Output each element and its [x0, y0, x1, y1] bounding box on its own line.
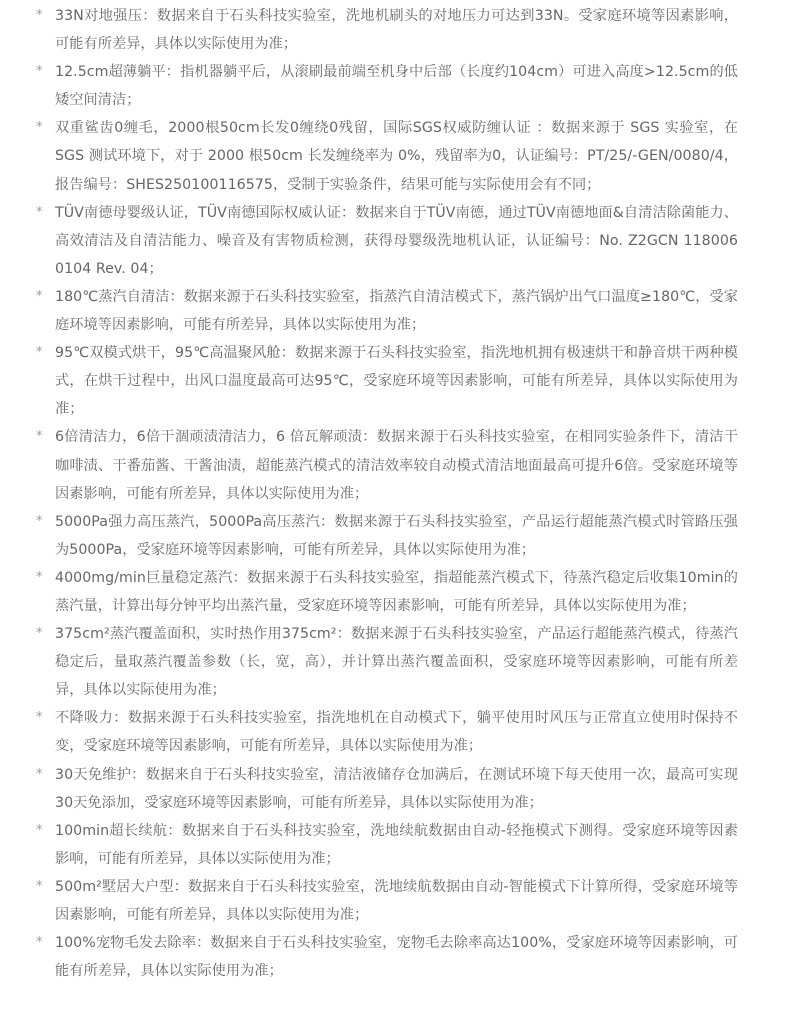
- asterisk-icon: *: [36, 704, 43, 732]
- note-item: *5000Pa强力高压蒸汽，5000Pa高压蒸汽：数据来源于石头科技实验室，产品…: [36, 508, 738, 564]
- note-item: *双重鲨齿0缠毛，2000根50cm长发0缠绕0残留，国际SGS权威防缠认证 ：…: [36, 114, 738, 198]
- note-text: 500m²墅居大户型：数据来自于石头科技实验室，洗地续航数据由自动-智能模式下计…: [55, 873, 738, 929]
- note-item: *33N对地强压：数据来自于石头科技实验室，洗地机刷头的对地压力可达到33N。受…: [36, 2, 738, 58]
- asterisk-icon: *: [36, 2, 43, 30]
- note-text: 不降吸力：数据来源于石头科技实验室，指洗地机在自动模式下，躺平使用时风压与正常直…: [55, 704, 738, 760]
- note-item: *100%宠物毛发去除率：数据来自于石头科技实验室，宠物毛去除率高达100%，受…: [36, 929, 738, 985]
- asterisk-icon: *: [36, 508, 43, 536]
- note-text: 6倍清洁力，6倍干涸顽渍清洁力，6 倍瓦解顽渍：数据来源于石头科技实验室，在相同…: [55, 423, 738, 507]
- asterisk-icon: *: [36, 817, 43, 845]
- note-text: 180℃蒸汽自清洁：数据来源于石头科技实验室，指蒸汽自清洁模式下，蒸汽锅炉出气口…: [55, 283, 738, 339]
- note-item: *100min超长续航：数据来自于石头科技实验室，洗地续航数据由自动-轻拖模式下…: [36, 817, 738, 873]
- disclaimer-notes-list: *33N对地强压：数据来自于石头科技实验室，洗地机刷头的对地压力可达到33N。受…: [36, 2, 738, 985]
- note-text: 5000Pa强力高压蒸汽，5000Pa高压蒸汽：数据来源于石头科技实验室，产品运…: [55, 508, 738, 564]
- asterisk-icon: *: [36, 761, 43, 789]
- note-item: *TÜV南德母婴级认证，TÜV南德国际权威认证：数据来自于TÜV南德，通过TÜV…: [36, 199, 738, 283]
- note-item: *6倍清洁力，6倍干涸顽渍清洁力，6 倍瓦解顽渍：数据来源于石头科技实验室，在相…: [36, 423, 738, 507]
- note-text: 4000mg/min巨量稳定蒸汽：数据来源于石头科技实验室，指超能蒸汽模式下，待…: [55, 564, 738, 620]
- asterisk-icon: *: [36, 929, 43, 957]
- asterisk-icon: *: [36, 620, 43, 648]
- note-item: *4000mg/min巨量稳定蒸汽：数据来源于石头科技实验室，指超能蒸汽模式下，…: [36, 564, 738, 620]
- note-text: 95℃双模式烘干，95℃高温聚风舱：数据来源于石头科技实验室，指洗地机拥有极速烘…: [55, 339, 738, 423]
- note-item: *12.5cm超薄躺平：指机器躺平后，从滚刷最前端至机身中后部（长度约104cm…: [36, 58, 738, 114]
- note-text: TÜV南德母婴级认证，TÜV南德国际权威认证：数据来自于TÜV南德，通过TÜV南…: [55, 199, 738, 283]
- asterisk-icon: *: [36, 423, 43, 451]
- note-text: 33N对地强压：数据来自于石头科技实验室，洗地机刷头的对地压力可达到33N。受家…: [55, 2, 738, 58]
- asterisk-icon: *: [36, 283, 43, 311]
- asterisk-icon: *: [36, 339, 43, 367]
- asterisk-icon: *: [36, 58, 43, 86]
- asterisk-icon: *: [36, 114, 43, 142]
- note-item: *180℃蒸汽自清洁：数据来源于石头科技实验室，指蒸汽自清洁模式下，蒸汽锅炉出气…: [36, 283, 738, 339]
- note-text: 375cm²蒸汽覆盖面积，实时热作用375cm²：数据来源于石头科技实验室，产品…: [55, 620, 738, 704]
- note-item: *500m²墅居大户型：数据来自于石头科技实验室，洗地续航数据由自动-智能模式下…: [36, 873, 738, 929]
- asterisk-icon: *: [36, 199, 43, 227]
- asterisk-icon: *: [36, 873, 43, 901]
- asterisk-icon: *: [36, 564, 43, 592]
- note-text: 双重鲨齿0缠毛，2000根50cm长发0缠绕0残留，国际SGS权威防缠认证 ：数…: [55, 114, 738, 198]
- note-text: 30天免维护：数据来自于石头科技实验室，清洁液储存仓加满后，在测试环境下每天使用…: [55, 761, 738, 817]
- note-item: *95℃双模式烘干，95℃高温聚风舱：数据来源于石头科技实验室，指洗地机拥有极速…: [36, 339, 738, 423]
- note-item: *375cm²蒸汽覆盖面积，实时热作用375cm²：数据来源于石头科技实验室，产…: [36, 620, 738, 704]
- note-text: 12.5cm超薄躺平：指机器躺平后，从滚刷最前端至机身中后部（长度约104cm）…: [55, 58, 738, 114]
- note-item: *不降吸力：数据来源于石头科技实验室，指洗地机在自动模式下，躺平使用时风压与正常…: [36, 704, 738, 760]
- note-item: *30天免维护：数据来自于石头科技实验室，清洁液储存仓加满后，在测试环境下每天使…: [36, 761, 738, 817]
- note-text: 100%宠物毛发去除率：数据来自于石头科技实验室，宠物毛去除率高达100%，受家…: [55, 929, 738, 985]
- note-text: 100min超长续航：数据来自于石头科技实验室，洗地续航数据由自动-轻拖模式下测…: [55, 817, 738, 873]
